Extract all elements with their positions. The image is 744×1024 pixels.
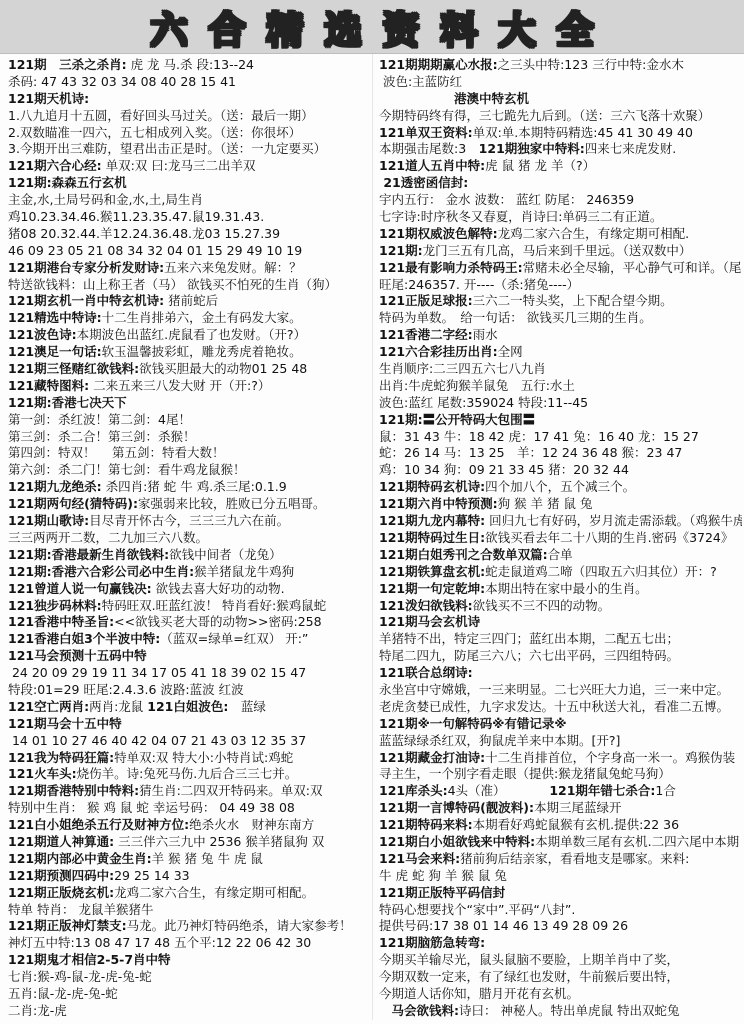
text-segment: 121期六合心经: xyxy=(8,158,102,173)
text-line: 今期双数一定来，有了绿红也发财，牛前猴后要出特， xyxy=(379,969,742,986)
text-segment: 单双:双 曰:龙马三二出羊双 xyxy=(102,158,256,173)
text-line: 121期:香港最新生肖欲钱料:欲钱中间者（龙兔） xyxy=(8,547,370,564)
text-line: 121期白小姐欲钱来中特料:本期单数三尾有玄机.二四六尾中本期 xyxy=(379,834,742,851)
text-line: 2.双数瞄准一四六，五七相成列入奖。（送：你很坏） xyxy=(8,125,370,142)
text-line: 121期道人神算通: 三三伴六三九中 2536 猴羊猪鼠狗 双 xyxy=(8,834,370,851)
text-segment: 鸡10.23.34.46.猴11.23.35.47.鼠19.31.43. xyxy=(8,209,264,224)
text-line: 121期山歌诗:目尽青开怀古今，三三三九六在前。 xyxy=(8,513,370,530)
text-segment: 龙鸡二家六合生，有缘定期可相配。 xyxy=(114,885,314,900)
text-segment: 欲钱买胆最大的动物01 25 48 xyxy=(139,361,307,376)
text-line: 121独步码林料:特码旺双.旺蓝红波！ 特肖看好:猴鸡鼠蛇 xyxy=(8,598,370,615)
text-segment: 欲钱买看去年二十八期的生肖.密码《3724》 xyxy=(485,530,733,545)
text-segment: 特送欲钱料：山上称王者（马） 欲钱买不怕死的生肖（狗） xyxy=(8,277,337,292)
text-line: 121期:龙门三五有几高，马后来到千里远。（送双数中） xyxy=(379,243,742,260)
text-segment: 特码心想要找个“家中”.平码“八封”. xyxy=(379,902,575,917)
text-line: 波色:主蓝防红 xyxy=(379,74,742,91)
text-segment: 回归九七有好码，岁月流走需添载。（鸡猴牛虎） xyxy=(485,513,742,528)
text-line: 121期特码过生日:欲钱买看去年二十八期的生肖.密码《3724》 xyxy=(379,530,742,547)
text-segment: 121期独家中特料: xyxy=(479,141,585,156)
text-segment: 121藏特图料: xyxy=(8,378,89,393)
text-segment: 虎 鼠 猪 龙 羊（?） xyxy=(485,158,595,173)
text-line: 121期铁算盘玄机:蛇走鼠道鸡二啼（四取五六归其位）开：? xyxy=(379,564,742,581)
text-line: 121精选中特诗:十二生肖排弟六，金土有码发大家。 xyxy=(8,310,370,327)
text-line: 提供号码:17 38 01 14 46 13 49 28 09 26 xyxy=(379,918,742,935)
text-segment: 本期强击尾数:3 xyxy=(379,141,479,156)
text-segment: 121澳足一句话: xyxy=(8,344,102,359)
text-segment: 全网 xyxy=(498,344,523,359)
text-segment: 合单 xyxy=(548,547,573,562)
text-line: 121期六肖中特预测:狗 猴 羊 猪 鼠 兔 xyxy=(379,496,742,513)
text-line: 121泼妇欲钱料:欲钱买不三不四的动物。 xyxy=(379,598,742,615)
text-segment: 五来六来兔发财。解：？ xyxy=(164,260,302,275)
text-line: 羊猪特不出，特定三四门；蓝红出本期，二配五七出； xyxy=(379,631,742,648)
text-segment: 121期马会十五中特 xyxy=(8,716,122,731)
text-line: 第六剑：杀二门！第七剑：看牛鸡龙鼠猴！ xyxy=(8,462,370,479)
text-segment: 121期特码过生日: xyxy=(379,530,485,545)
text-segment: 121期:森森五行玄机 xyxy=(8,175,127,190)
text-segment: 单双:单.本期特码精选:45 41 30 49 40 xyxy=(473,125,693,140)
text-segment: 欲钱中间者（龙兔） xyxy=(169,547,282,562)
text-segment: 121道人五肖中特: xyxy=(379,158,485,173)
text-line: 老虎贪婪已成性，九字求发达。十五中秋送大礼，看准二五博。 xyxy=(379,699,742,716)
text-line: 马会欲钱料:诗曰： 神秘人。特出单虎鼠 特出双蛇兔 xyxy=(379,1003,742,1020)
text-segment: 寻主生，一个别字看走眼（提供:猴龙猪鼠兔蛇马狗） xyxy=(379,766,671,781)
text-segment: 121期港台专家分析发财诗: xyxy=(8,260,164,275)
text-segment: 121期正版特平码信封 xyxy=(379,885,505,900)
text-segment: 鼠：31 43 牛：18 42 虎：17 41 兔：16 40 龙：15 27 xyxy=(379,429,699,444)
text-segment: 二肖:龙-虎 xyxy=(8,1003,67,1018)
text-segment xyxy=(379,1003,392,1018)
text-segment: 十二生肖排首位，个字身高一米一。鸡猴伪装 xyxy=(485,750,735,765)
text-segment: 虎 龙 马.杀 段:13--24 xyxy=(127,57,254,72)
text-segment: （蓝双=绿单=红双） 开:” xyxy=(160,631,308,646)
text-line: 3.今期开出三难防，望君出击正是时。（送：一九定要买） xyxy=(8,141,370,158)
text-segment: 蓝绿 xyxy=(228,699,266,714)
text-segment: 七肖:猴-鸡-鼠-龙-虎-兔-蛇 xyxy=(8,969,152,984)
text-line: 波色:蓝红 尾数:359024 特段:11--45 xyxy=(379,395,742,412)
text-line: 特段:01=29 旺尾:2.4.3.6 波路:蓝波 红波 xyxy=(8,682,370,699)
text-segment: 121期道人神算通: xyxy=(8,834,114,849)
text-segment: 121最有影响力杀特码王: xyxy=(379,260,523,275)
text-line: 鸡10.23.34.46.猴11.23.35.47.鼠19.31.43. xyxy=(8,209,370,226)
text-line: 港澳中特玄机 xyxy=(379,91,742,108)
text-line: 121期权威波色解特:龙鸡二家六合生，有缘定期可相配. xyxy=(379,226,742,243)
text-line: 第四剑：特双！ 第五剑：特看大数！ xyxy=(8,445,370,462)
text-line: 二肖:龙-虎 xyxy=(8,1003,370,1020)
text-segment: 121香港白姐3个半波中特: xyxy=(8,631,160,646)
text-line: 121库杀头:4头（准） 121期年错七杀合:1合 xyxy=(379,783,742,800)
text-segment: 龙鸡二家六合生，有缘定期可相配. xyxy=(498,226,689,241)
text-line: 121香港中特圣旨:<<欲钱买老大哥的动物>>密码:258 xyxy=(8,614,370,631)
sheet-header: 六合精选资料大全 xyxy=(0,0,744,54)
text-segment: 特尾二四九，防尾三六八；六七出平码，三四组特码。 xyxy=(379,648,679,663)
text-segment: 老虎贪婪已成性，九字求发达。十五中秋送大礼，看准二五博。 xyxy=(379,699,729,714)
text-segment: 121马会预测十五码中特 xyxy=(8,648,147,663)
text-line: 121单双王资料:单双:单.本期特码精选:45 41 30 49 40 xyxy=(379,125,742,142)
text-segment: 主金,水,土局号码和金,水,土,局生肖 xyxy=(8,192,203,207)
text-line: 121香港白姐3个半波中特:（蓝双=绿单=红双） 开:” xyxy=(8,631,370,648)
text-line: 121期马会玄机诗 xyxy=(379,614,742,631)
text-line: 14 01 10 27 46 40 42 04 07 21 43 03 12 3… xyxy=(8,733,370,750)
columns-wrapper: 121期 三杀之杀肖: 虎 龙 马.杀 段:13--24杀码: 47 43 32… xyxy=(0,54,744,1020)
text-line: 特尾二四九，防尾三六八；六七出平码，三四组特码。 xyxy=(379,648,742,665)
text-line: 寻主生，一个别字看走眼（提供:猴龙猪鼠兔蛇马狗） xyxy=(379,766,742,783)
text-segment: 羊 猴 猪 兔 牛 虎 鼠 xyxy=(152,851,263,866)
text-segment: 猜生肖:二四双开特码来。单双:双 xyxy=(139,783,322,798)
text-line: 21透密函信封: xyxy=(379,175,742,192)
text-segment: 121正版足球报: xyxy=(379,293,473,308)
text-line: 121曾道人说一句赢钱决: 欲钱去喜大好功的动物. xyxy=(8,581,370,598)
text-segment: 二来五来三八发大财 开（开:?） xyxy=(89,378,270,393)
text-segment: 欲钱去喜大好功的动物. xyxy=(152,581,285,596)
text-segment: 121期一句定乾坤: xyxy=(379,581,485,596)
text-segment: 蛇：26 14 马：13 25 羊：12 24 36 48 猴：23 47 xyxy=(379,445,682,460)
text-segment: 本期三尾蓝绿开 xyxy=(534,800,622,815)
text-segment: 今期道人话你知，腊月开花有玄机。 xyxy=(379,986,579,1001)
text-line: 121马会来料:猪前狗后结亲家，看看地支是哪家。来料: xyxy=(379,851,742,868)
text-line: 121期正版烧玄机:龙鸡二家六合生，有缘定期可相配。 xyxy=(8,885,370,902)
text-segment: 121期铁算盘玄机: xyxy=(379,564,485,579)
text-segment: 今期买羊输尽光，鼠头鼠脑不要脸，上期羊肖中了奖， xyxy=(379,952,679,967)
text-line: 牛 虎 蛇 狗 羊 猴 鼠 兔 xyxy=(379,868,742,885)
text-segment: 121期:香港最新生肖欲钱料: xyxy=(8,547,169,562)
text-segment: 三六二一特头奖，上下配合望今期。 xyxy=(473,293,673,308)
text-segment: 四个加八个，五个减三个。 xyxy=(485,479,635,494)
text-segment: 21透密函信封: xyxy=(379,175,468,190)
text-segment: 特别中生肖： 猴 鸡 鼠 蛇 幸运号码： 04 49 38 08 xyxy=(8,800,295,815)
text-line: 七肖:猴-鸡-鼠-龙-虎-兔-蛇 xyxy=(8,969,370,986)
text-line: 本期强击尾数:3 121期独家中特料:四来七来虎发财. xyxy=(379,141,742,158)
text-segment: 旺尾:246357. 开----（杀:猪兔----） xyxy=(379,277,579,292)
text-line: 46 09 23 05 21 08 34 32 04 01 15 29 49 1… xyxy=(8,243,370,260)
text-segment: 本期波色出蓝红.虎鼠看了也发财。（开?） xyxy=(77,327,306,342)
text-segment: 121期 三杀之杀肖: xyxy=(8,57,127,72)
text-line: 121期:香港七决天下 xyxy=(8,395,370,412)
text-segment: 14 01 10 27 46 40 42 04 07 21 43 03 12 3… xyxy=(8,733,306,748)
text-line: 今期买羊输尽光，鼠头鼠脑不要脸，上期羊肖中了奖， xyxy=(379,952,742,969)
text-line: 神灯五中特:13 08 47 17 48 五个平:12 22 06 42 30 xyxy=(8,935,370,952)
text-segment: 121期三怪赌红欲钱料: xyxy=(8,361,139,376)
text-line: 121期正版特平码信封 xyxy=(379,885,742,902)
text-line: 杀码: 47 43 32 03 34 08 40 28 15 41 xyxy=(8,74,370,91)
text-segment: 121期九龙绝杀: xyxy=(8,479,102,494)
text-segment: 马龙。此乃神灯特码绝杀，请大家参考！ xyxy=(127,918,352,933)
text-segment: 121期权威波色解特: xyxy=(379,226,498,241)
text-line: 第一剑：杀红波！第二剑：4尾！ xyxy=(8,412,370,429)
text-segment: 出肖:牛虎蛇狗猴羊鼠兔 五行:水土 xyxy=(379,378,575,393)
text-line: 121波色诗:本期波色出蓝红.虎鼠看了也发财。（开?） xyxy=(8,327,370,344)
text-segment: 猪前蛇后 xyxy=(164,293,218,308)
text-segment: 本期看好鸡蛇鼠猴有玄机.提供:22 36 xyxy=(473,817,679,832)
text-line: 121期九龙内幕特: 回归九七有好码，岁月流走需添载。（鸡猴牛虎） xyxy=(379,513,742,530)
text-segment: 本期出特在家中最小的生肖。 xyxy=(485,581,648,596)
text-segment: 欲钱买不三不四的动物。 xyxy=(473,598,611,613)
text-segment: 杀四肖:猪 蛇 牛 鸡.杀三尾:0.1.9 xyxy=(102,479,287,494)
text-line: 鸡：10 34 狗：09 21 33 45 猪：20 32 44 xyxy=(379,462,742,479)
text-segment: 121火车头: xyxy=(8,766,77,781)
text-line: 121期白姐秀刊之合数单双篇:合单 xyxy=(379,547,742,564)
text-segment: 121库杀头: xyxy=(379,783,448,798)
text-segment: 46 09 23 05 21 08 34 32 04 01 15 29 49 1… xyxy=(8,243,302,258)
right-column: 121期期期赢心水报:之三头中特:123 三行中特:金水木 波色:主蓝防红 港澳… xyxy=(372,54,744,1020)
text-line: 121期※一句解特码※有错记录※ xyxy=(379,716,742,733)
text-line: 猪08 20.32.44.羊12.24.36.48.龙03 15.27.39 xyxy=(8,226,370,243)
text-line: 121期期期赢心水报:之三头中特:123 三行中特:金水木 xyxy=(379,57,742,74)
text-segment: 波色:蓝红 尾数:359024 特段:11--45 xyxy=(379,395,588,410)
left-column: 121期 三杀之杀肖: 虎 龙 马.杀 段:13--24杀码: 47 43 32… xyxy=(0,54,372,1020)
text-segment: 今期特码终有得，三七跪先九后到。（送：三六飞落十欢聚） xyxy=(379,108,710,123)
text-segment: 软玉温馨披彩虹，雕龙秀虎着艳妆。 xyxy=(102,344,302,359)
text-segment: 第四剑：特双！ 第五剑：特看大数！ xyxy=(8,445,224,460)
text-segment: 121期鬼才相信2-5-7肖中特 xyxy=(8,952,171,967)
text-segment: 十二生肖排弟六，金土有码发大家。 xyxy=(102,310,302,325)
text-line: 121正版足球报:三六二一特头奖，上下配合望今期。 xyxy=(379,293,742,310)
text-line: 五肖:鼠-龙-虎-兔-蛇 xyxy=(8,986,370,1003)
text-line: 121空亡两肖:两肖:龙鼠 121白姐波色: 蓝绿 xyxy=(8,699,370,716)
text-segment: 1合 xyxy=(655,783,675,798)
text-segment: 特单双:双 特大小:小特肖试:鸡蛇 xyxy=(114,750,293,765)
text-line: 121期一句定乾坤:本期出特在家中最小的生肖。 xyxy=(379,581,742,598)
text-segment: 今期双数一定来，有了绿红也发财，牛前猴后要出特， xyxy=(379,969,679,984)
text-segment: 121期一言博特码(靓波料): xyxy=(379,800,534,815)
text-segment: 121泼妇欲钱料: xyxy=(379,598,473,613)
text-line: 1.八九追月十五圆，看好回头马过关。（送：最后一期） xyxy=(8,108,370,125)
text-line: 121期鬼才相信2-5-7肖中特 xyxy=(8,952,370,969)
text-line: 121期马会十五中特 xyxy=(8,716,370,733)
text-segment: 家强弱来比较，胜败已分五唱哥。 xyxy=(138,496,326,511)
text-segment: 目尽青开怀古今，三三三九六在前。 xyxy=(89,513,289,528)
text-segment: 猪前狗后结亲家，看看地支是哪家。来料: xyxy=(460,851,689,866)
text-line: 生肖顺序:二三四五六七八九肖 xyxy=(379,361,742,378)
text-segment: 第一剑：杀红波！第二剑：4尾！ xyxy=(8,412,191,427)
text-segment: 宇内五行： 金水 波数： 蓝红 防尾： 246359 xyxy=(379,192,634,207)
text-segment: 121期正版烧玄机: xyxy=(8,885,114,900)
text-segment: 4头（准） xyxy=(448,783,550,798)
text-segment: 121期特码来料: xyxy=(379,817,473,832)
text-line: 121藏特图料: 二来五来三八发大财 开（开:?） xyxy=(8,378,370,395)
text-segment: 121期白姐秀刊之合数单双篇: xyxy=(379,547,548,562)
text-segment: 121期:香港六合彩公司必中生肖: xyxy=(8,564,194,579)
text-segment: 121期脑筋急转弯: xyxy=(379,935,485,950)
text-segment: 永坐宫中守嫦娥，一三来明显。二七兴旺大力追，三一来中定。 xyxy=(379,682,729,697)
text-segment: 本期单数三尾有玄机.二四六尾中本期 xyxy=(535,834,739,849)
text-line: 第三剑：杀二合！第三剑：杀猴！ xyxy=(8,429,370,446)
lottery-info-sheet: 六合精选资料大全 121期 三杀之杀肖: 虎 龙 马.杀 段:13--24杀码:… xyxy=(0,0,744,1024)
text-line: 特送欲钱料：山上称王者（马） 欲钱买不怕死的生肖（狗） xyxy=(8,277,370,294)
text-segment: 121马会来料: xyxy=(379,851,460,866)
text-segment: 121曾道人说一句赢钱决: xyxy=(8,581,152,596)
text-segment: 121白姐波色: xyxy=(147,699,228,714)
text-line: 鼠：31 43 牛：18 42 虎：17 41 兔：16 40 龙：15 27 xyxy=(379,429,742,446)
text-segment: 121期九龙内幕特: xyxy=(379,513,485,528)
text-segment: 121独步码林料: xyxy=(8,598,102,613)
text-line: 三三两两开二数，二九加三六八数。 xyxy=(8,530,370,547)
text-segment: 常赌未必全尽输，平心静气可和详。（尾） xyxy=(523,260,742,275)
text-line: 121期港台专家分析发财诗:五来六来兔发财。解：？ xyxy=(8,260,370,277)
text-line: 121期六合心经: 单双:双 曰:龙马三二出羊双 xyxy=(8,158,370,175)
text-segment: 121期白小姐欲钱来中特料: xyxy=(379,834,535,849)
text-line: 121香港二字经:雨水 xyxy=(379,327,742,344)
text-segment: 121期: xyxy=(379,243,423,258)
text-segment: 五肖:鼠-龙-虎-兔-蛇 xyxy=(8,986,118,1001)
text-line: 121白小姐绝杀五行及财神方位:绝杀火水 财神东南方 xyxy=(8,817,370,834)
text-segment: 绝杀火水 财神东南方 xyxy=(189,817,314,832)
text-segment: 121香港中特圣旨: xyxy=(8,614,114,629)
text-line: 121期内部必中黄金生肖:羊 猴 猪 兔 牛 虎 鼠 xyxy=(8,851,370,868)
text-segment: 121六合彩挂历出肖: xyxy=(379,344,498,359)
text-line: 121期脑筋急转弯: xyxy=(379,935,742,952)
text-line: 121期九龙绝杀: 杀四肖:猪 蛇 牛 鸡.杀三尾:0.1.9 xyxy=(8,479,370,496)
text-line: 今期道人话你知，腊月开花有玄机。 xyxy=(379,986,742,1003)
text-segment: 蓝蓝绿绿杀红双，狗鼠虎羊来中本期。[开?] xyxy=(379,733,620,748)
text-segment: 港澳中特玄机 xyxy=(379,91,529,106)
text-line: 121期:〓公开特码大包围〓 xyxy=(379,412,742,429)
text-segment: 2.双数瞄准一四六，五七相成列入奖。（送：你很坏） xyxy=(8,125,301,140)
text-segment: 121期期期赢心水报: xyxy=(379,57,498,72)
text-line: 蓝蓝绿绿杀红双，狗鼠虎羊来中本期。[开?] xyxy=(379,733,742,750)
text-line: 121联合总纲诗: xyxy=(379,665,742,682)
text-segment: 第三剑：杀二合！第三剑：杀猴！ xyxy=(8,429,196,444)
text-segment: 四来七来虎发财. xyxy=(585,141,676,156)
text-segment: 第六剑：杀二门！第七剑：看牛鸡龙鼠猴！ xyxy=(8,462,246,477)
text-line: 永坐宫中守嫦娥，一三来明显。二七兴旺大力追，三一来中定。 xyxy=(379,682,742,699)
text-line: 121期:森森五行玄机 xyxy=(8,175,370,192)
text-segment: 121联合总纲诗: xyxy=(379,665,473,680)
text-segment: 三三两两开二数，二九加三六八数。 xyxy=(8,530,208,545)
text-line: 121马会预测十五码中特 xyxy=(8,648,370,665)
text-line: 出肖:牛虎蛇狗猴羊鼠兔 五行:水土 xyxy=(379,378,742,395)
text-line: 七字诗:时序秋冬又春夏，肖诗曰:单码三二有正道。 xyxy=(379,209,742,226)
text-segment: 狗 猴 羊 猪 鼠 兔 xyxy=(498,496,593,511)
text-segment: 七字诗:时序秋冬又春夏，肖诗曰:单码三二有正道。 xyxy=(379,209,662,224)
text-line: 121期玄机一肖中特玄机诗: 猪前蛇后 xyxy=(8,293,370,310)
text-segment: 诗曰： 神秘人。特出单虎鼠 特出双蛇兔 xyxy=(459,1003,679,1018)
text-line: 121期:香港六合彩公司必中生肖:猴羊猪鼠龙牛鸡狗 xyxy=(8,564,370,581)
text-segment: 121期内部必中黄金生肖: xyxy=(8,851,152,866)
text-segment: 121我为特码狂篇: xyxy=(8,750,114,765)
text-segment: 龙门三五有几高，马后来到千里远。（送双数中） xyxy=(423,243,692,258)
text-segment: 121空亡两肖: xyxy=(8,699,89,714)
text-segment: 烧伤羊。诗:兔死马伤.九后合三三七并。 xyxy=(77,766,298,781)
text-line: 特单 特肖： 龙鼠羊猴猪牛 xyxy=(8,902,370,919)
text-segment: 羊猪特不出，特定三四门；蓝红出本期，二配五七出； xyxy=(379,631,679,646)
text-line: 121道人五肖中特:虎 鼠 猪 龙 羊（?） xyxy=(379,158,742,175)
text-line: 24 20 09 29 19 11 34 17 05 41 18 39 02 1… xyxy=(8,665,370,682)
text-segment: 121期马会玄机诗 xyxy=(379,614,480,629)
text-segment: <<欲钱买老大哥的动物>>密码:258 xyxy=(114,614,321,629)
text-segment: 特段:01=29 旺尾:2.4.3.6 波路:蓝波 红波 xyxy=(8,682,244,697)
text-segment: 121期天机诗: xyxy=(8,91,89,106)
text-segment: 马会欲钱料: xyxy=(392,1003,460,1018)
text-line: 特别中生肖： 猴 鸡 鼠 蛇 幸运号码： 04 49 38 08 xyxy=(8,800,370,817)
text-line: 121期一言博特码(靓波料):本期三尾蓝绿开 xyxy=(379,800,742,817)
text-line: 121期三怪赌红欲钱料:欲钱买胆最大的动物01 25 48 xyxy=(8,361,370,378)
text-line: 121期香港特别中特料:猜生肖:二四双开特码来。单双:双 xyxy=(8,783,370,800)
text-line: 旺尾:246357. 开----（杀:猪兔----） xyxy=(379,277,742,294)
text-segment: 三三伴六三九中 2536 猴羊猪鼠狗 双 xyxy=(114,834,324,849)
text-line: 特码心想要找个“家中”.平码“八封”. xyxy=(379,902,742,919)
text-segment: 24 20 09 29 19 11 34 17 05 41 18 39 02 1… xyxy=(8,665,306,680)
text-segment: 121期玄机一肖中特玄机诗: xyxy=(8,293,164,308)
text-segment: 121期预测四码中: xyxy=(8,868,114,883)
text-segment: 121期:香港七决天下 xyxy=(8,395,127,410)
text-line: 121期藏金打油诗:十二生肖排首位，个字身高一米一。鸡猴伪装 xyxy=(379,750,742,767)
text-segment: 提供号码:17 38 01 14 46 13 49 28 09 26 xyxy=(379,918,628,933)
text-segment: 121香港二字经: xyxy=(379,327,473,342)
text-segment: 121白小姐绝杀五行及财神方位: xyxy=(8,817,189,832)
text-line: 121火车头:烧伤羊。诗:兔死马伤.九后合三三七并。 xyxy=(8,766,370,783)
text-segment: 121期:〓公开特码大包围〓 xyxy=(379,412,535,427)
text-segment: 1.八九追月十五圆，看好回头马过关。（送：最后一期） xyxy=(8,108,314,123)
text-line: 特码为单数。 给一句话： 欲钱买几三期的生肖。 xyxy=(379,310,742,327)
text-segment: 121期正版神灯禁支: xyxy=(8,918,127,933)
text-segment: 特单 特肖： 龙鼠羊猴猪牛 xyxy=(8,902,153,917)
text-line: 主金,水,土局号码和金,水,土,局生肖 xyxy=(8,192,370,209)
text-line: 121期预测四码中:29 25 14 33 xyxy=(8,868,370,885)
text-line: 121期 三杀之杀肖: 虎 龙 马.杀 段:13--24 xyxy=(8,57,370,74)
text-line: 121我为特码狂篇:特单双:双 特大小:小特肖试:鸡蛇 xyxy=(8,750,370,767)
text-segment: 蛇走鼠道鸡二啼（四取五六归其位）开：? xyxy=(485,564,717,579)
page-title: 六合精选资料大全 xyxy=(130,0,615,54)
text-segment: 鸡：10 34 狗：09 21 33 45 猪：20 32 44 xyxy=(379,462,629,477)
text-segment: 121期年错七杀合: xyxy=(549,783,655,798)
text-line: 121最有影响力杀特码王:常赌未必全尽输，平心静气可和详。（尾） xyxy=(379,260,742,277)
text-segment: 3.今期开出三难防，望君出击正是时。（送：一九定要买） xyxy=(8,141,326,156)
text-segment: 特码旺双.旺蓝红波！ 特肖看好:猴鸡鼠蛇 xyxy=(102,598,327,613)
text-line: 121期天机诗: xyxy=(8,91,370,108)
text-segment: 雨水 xyxy=(473,327,498,342)
text-line: 121六合彩挂历出肖:全网 xyxy=(379,344,742,361)
text-segment: 121期香港特别中特料: xyxy=(8,783,139,798)
text-segment: 特码为单数。 给一句话： 欲钱买几三期的生肖。 xyxy=(379,310,652,325)
text-segment: 神灯五中特:13 08 47 17 48 五个平:12 22 06 42 30 xyxy=(8,935,311,950)
text-segment: 121期※一句解特码※有错记录※ xyxy=(379,716,567,731)
text-segment: 之三头中特:123 三行中特:金水木 xyxy=(498,57,684,72)
text-line: 今期特码终有得，三七跪先九后到。（送：三六飞落十欢聚） xyxy=(379,108,742,125)
text-segment: 猴羊猪鼠龙牛鸡狗 xyxy=(194,564,294,579)
text-segment: 猪08 20.32.44.羊12.24.36.48.龙03 15.27.39 xyxy=(8,226,280,241)
text-line: 121期正版神灯禁支:马龙。此乃神灯特码绝杀，请大家参考！ xyxy=(8,918,370,935)
text-segment: 牛 虎 蛇 狗 羊 猴 鼠 兔 xyxy=(379,868,507,883)
text-segment: 121期六肖中特预测: xyxy=(379,496,498,511)
text-segment: 波色:主蓝防红 xyxy=(379,74,462,89)
text-line: 宇内五行： 金水 波数： 蓝红 防尾： 246359 xyxy=(379,192,742,209)
text-segment: 121单双王资料: xyxy=(379,125,473,140)
text-line: 121期特码玄机诗:四个加八个，五个减三个。 xyxy=(379,479,742,496)
text-segment: 29 25 14 33 xyxy=(114,868,190,883)
text-segment: 121期山歌诗: xyxy=(8,513,89,528)
text-segment: 杀码: 47 43 32 03 34 08 40 28 15 41 xyxy=(8,74,236,89)
text-line: 121期特码来料:本期看好鸡蛇鼠猴有玄机.提供:22 36 xyxy=(379,817,742,834)
text-segment: 121波色诗: xyxy=(8,327,77,342)
text-segment: 生肖顺序:二三四五六七八九肖 xyxy=(379,361,546,376)
text-line: 蛇：26 14 马：13 25 羊：12 24 36 48 猴：23 47 xyxy=(379,445,742,462)
text-segment: 两肖:龙鼠 xyxy=(89,699,147,714)
text-line: 121期两句经(猜特码):家强弱来比较，胜败已分五唱哥。 xyxy=(8,496,370,513)
text-segment: 121精选中特诗: xyxy=(8,310,102,325)
text-segment: 121期藏金打油诗: xyxy=(379,750,485,765)
text-segment: 121期两句经(猜特码): xyxy=(8,496,138,511)
text-segment: 121期特码玄机诗: xyxy=(379,479,485,494)
text-line: 121澳足一句话:软玉温馨披彩虹，雕龙秀虎着艳妆。 xyxy=(8,344,370,361)
